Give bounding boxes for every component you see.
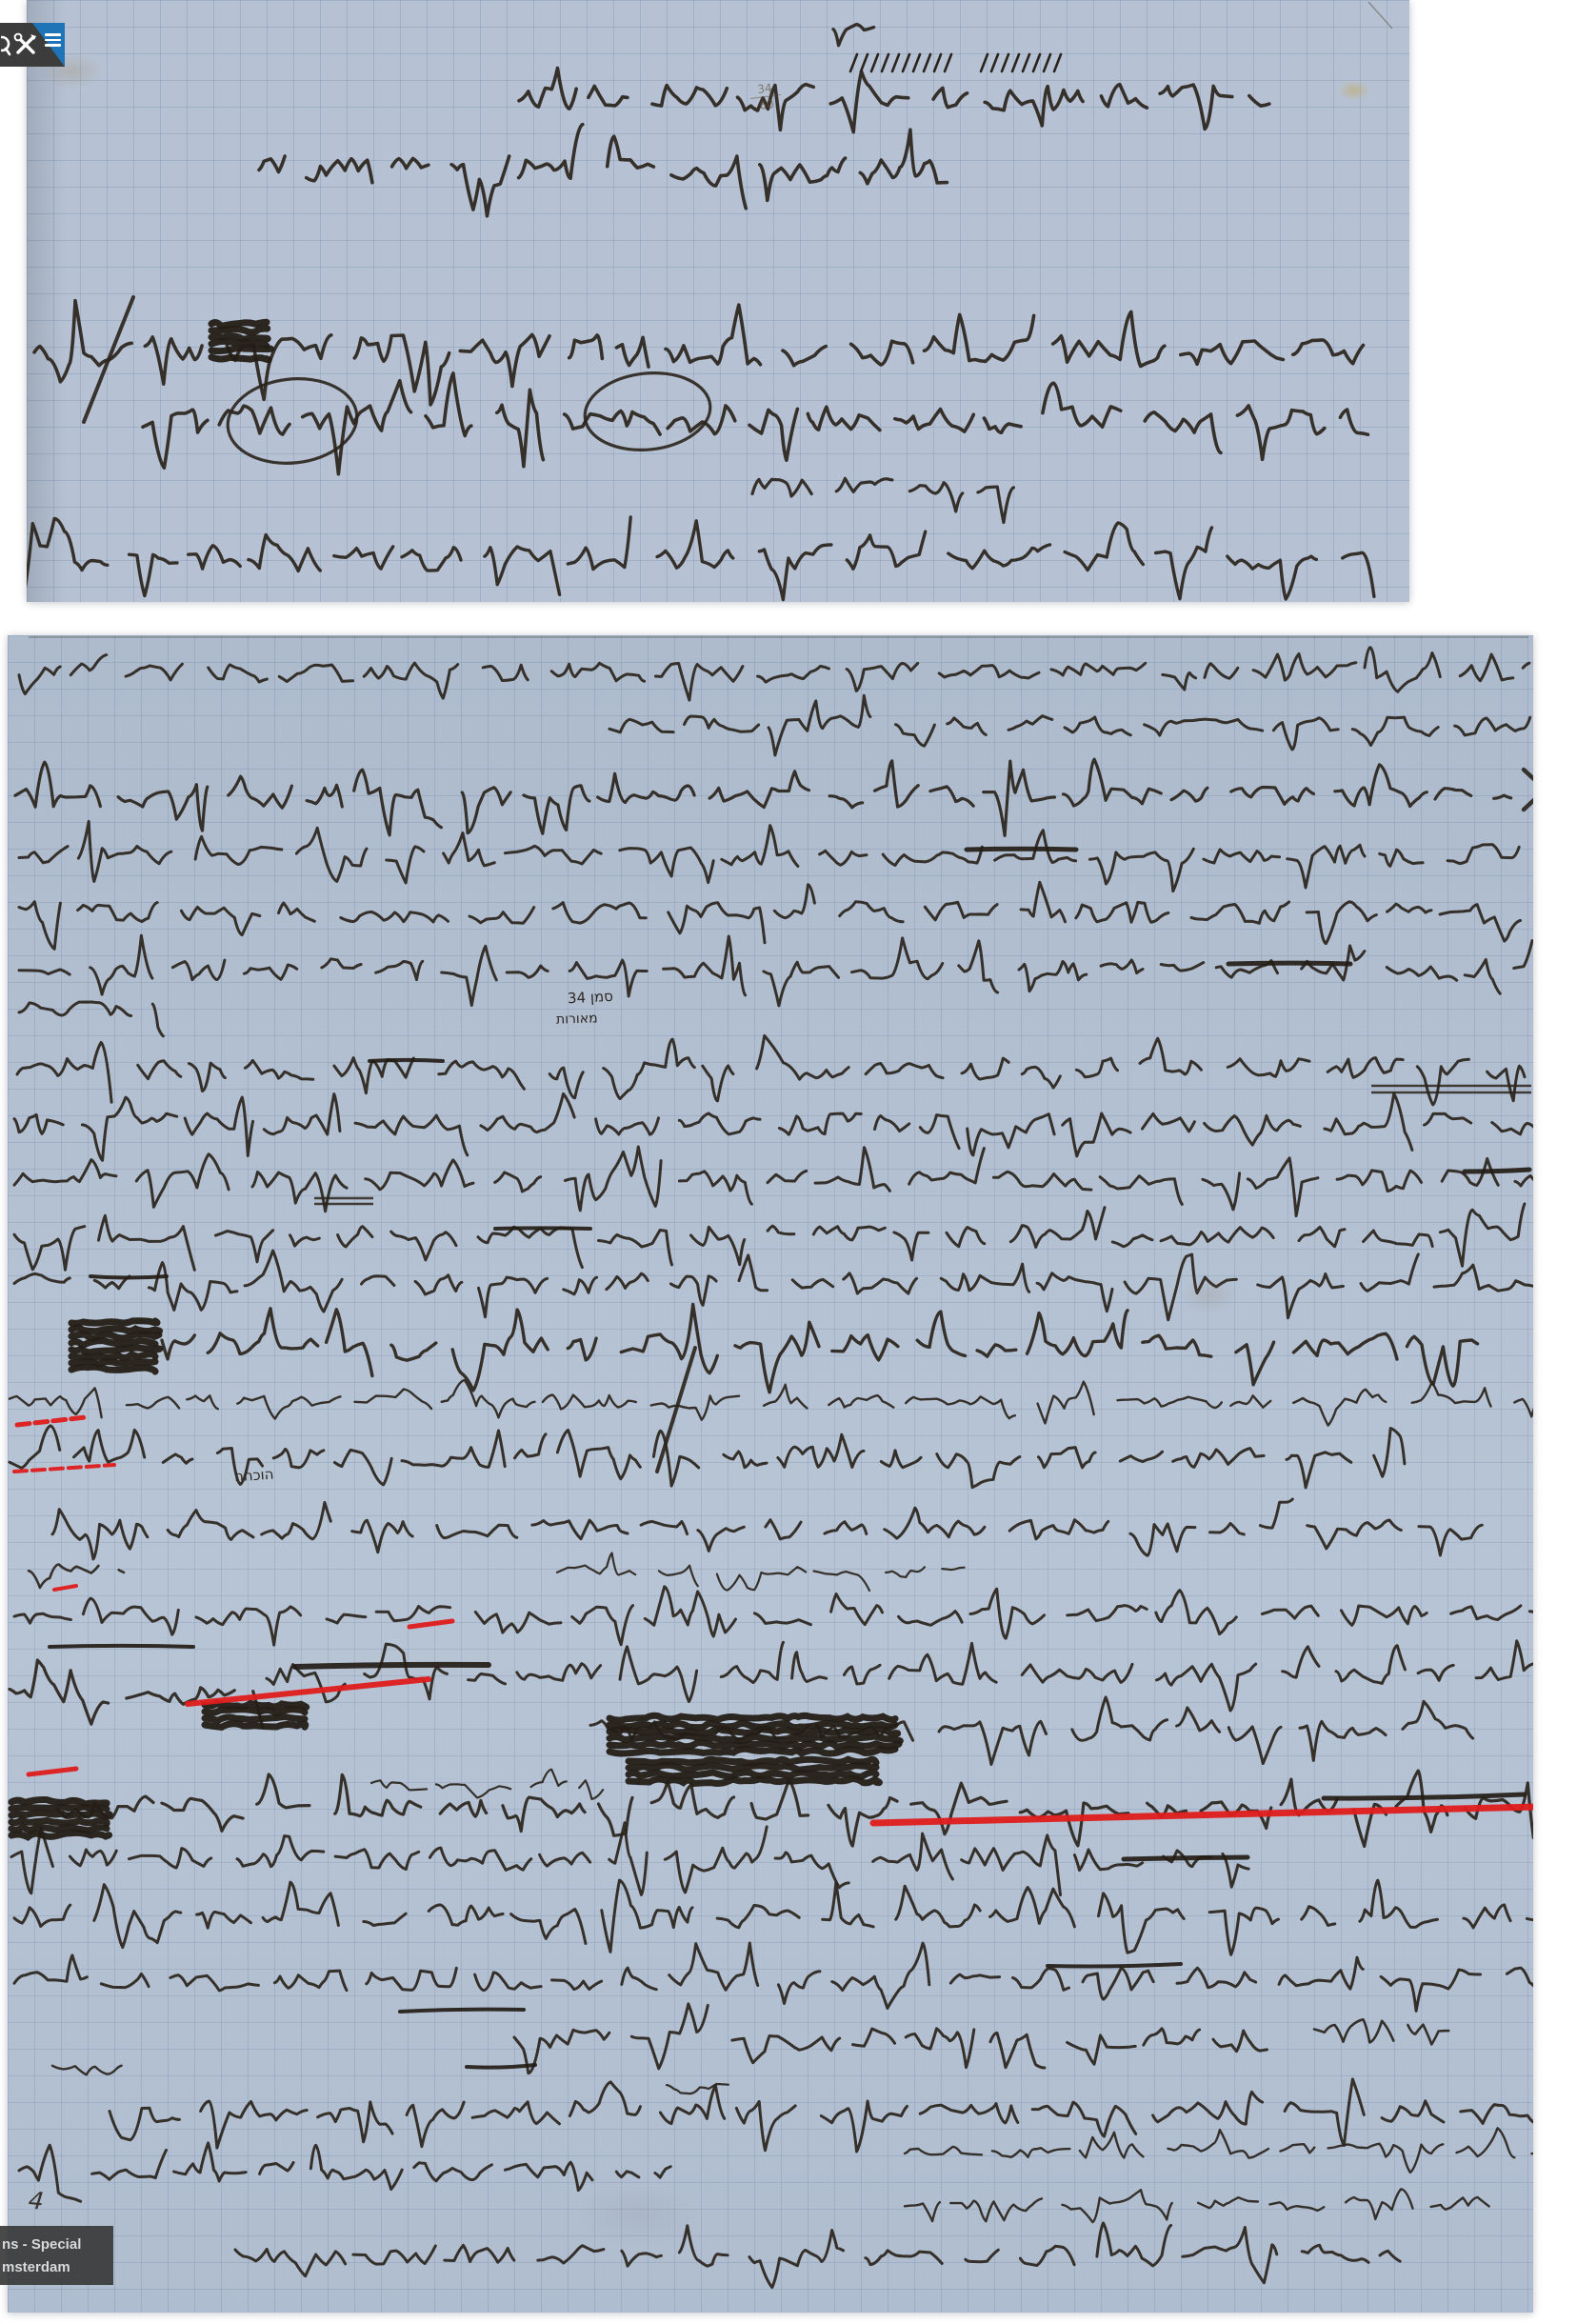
strikethrough-mark — [295, 1665, 489, 1667]
viewer-toolbar — [0, 23, 65, 67]
attribution-line-1: ns - Special — [2, 2234, 111, 2256]
tick-scribble — [871, 54, 878, 71]
strikethrough-mark — [495, 1228, 590, 1229]
zoom-tool-icon[interactable] — [1, 32, 12, 57]
strikethrough-mark — [90, 1276, 167, 1277]
scribbled-out-block — [71, 1328, 160, 1332]
scribbled-out-block — [211, 329, 268, 332]
fraction-annotation: 34 60 — [749, 80, 783, 113]
red-editorial-mark — [409, 1621, 452, 1627]
tick-scribble — [850, 54, 857, 71]
scribbled-out-block — [205, 1724, 306, 1728]
tick-scribble — [924, 54, 930, 71]
scribbled-out-block — [71, 1361, 155, 1364]
handwriting-line — [267, 1641, 1533, 1711]
handwriting-line — [557, 1553, 965, 1592]
scribbled-out-block — [11, 1820, 107, 1824]
attribution-overlay: ns - Special msterdam — [0, 2226, 113, 2285]
strikethrough-mark — [1048, 1964, 1181, 1966]
scribbled-out-block — [71, 1341, 155, 1346]
handwriting-line — [752, 478, 1013, 522]
handwriting-line — [19, 1002, 163, 1036]
handwriting-line — [11, 1823, 1248, 1895]
strikethrough-mark — [1465, 1170, 1529, 1172]
tick-scribble — [945, 54, 951, 71]
handwriting-line — [17, 1035, 1525, 1105]
scribbled-out-block — [11, 1813, 110, 1816]
tick-scribble — [903, 54, 909, 71]
tick-scribble — [1002, 54, 1008, 71]
page-number-annotation: 4 — [28, 2186, 46, 2215]
scribbled-out-block — [71, 1334, 159, 1338]
scribbled-out-block — [609, 1735, 900, 1741]
handwriting-line — [14, 1880, 1533, 1954]
slash-mark — [657, 1348, 695, 1472]
handwriting-line — [52, 1499, 1482, 1559]
tick-scribble — [861, 54, 868, 71]
handwriting-line — [19, 821, 1519, 891]
paper-edge-crease — [1368, 2, 1392, 29]
handwriting-line — [14, 1587, 1533, 1645]
handwriting-line — [27, 517, 1374, 600]
scribbled-out-block — [11, 1807, 107, 1809]
attribution-line-2: msterdam — [2, 2256, 111, 2279]
meorot-annotation: מאורות — [556, 1011, 598, 1028]
scribbled-out-block — [11, 1833, 110, 1836]
red-editorial-mark — [188, 1679, 429, 1704]
menu-corner[interactable] — [32, 23, 65, 67]
handwriting-line — [19, 648, 1529, 700]
handwriting-line — [905, 2189, 1489, 2222]
strikethrough-mark — [467, 2065, 535, 2068]
handwriting-line — [162, 1305, 1478, 1392]
strikethrough-mark — [967, 849, 1076, 850]
handwriting-line — [667, 2084, 729, 2094]
handwriting-line — [19, 882, 1521, 949]
tick-scribble — [1033, 54, 1040, 71]
strikethrough-mark — [1228, 963, 1350, 964]
handwriting-line — [19, 2143, 670, 2201]
handwriting-line — [519, 69, 1269, 132]
red-editorial-mark — [17, 1417, 86, 1425]
scribbled-out-block — [629, 1773, 876, 1777]
handwriting-line — [235, 2223, 1400, 2288]
scribbled-out-block — [11, 1827, 107, 1831]
handwriting-line — [14, 1251, 1533, 1320]
red-editorial-mark — [54, 1586, 76, 1590]
scribbled-out-block — [71, 1367, 155, 1372]
handwriting-line — [52, 2066, 122, 2075]
tick-scribble — [1023, 54, 1029, 71]
handwriting-line — [371, 1770, 603, 1799]
scribbled-out-block — [205, 1710, 305, 1713]
handwriting-line — [110, 2079, 1533, 2152]
scribbled-out-block — [11, 1799, 107, 1804]
hokhaha-annotation: הוכחה — [233, 1466, 274, 1486]
tick-scribble — [1012, 54, 1019, 71]
tick-scribble — [1054, 54, 1061, 71]
scribbled-out-block — [205, 1716, 305, 1720]
scribbled-out-block — [609, 1715, 895, 1720]
tick-scribble — [892, 54, 899, 71]
scribbled-out-block — [211, 322, 267, 326]
tick-scribble — [934, 54, 941, 71]
strikethrough-mark — [50, 1646, 193, 1647]
scribbled-out-block — [629, 1765, 876, 1770]
scribbled-out-block — [609, 1723, 895, 1727]
handwriting-line — [514, 2004, 1268, 2074]
handwriting-line — [143, 373, 1367, 474]
slash-mark — [84, 297, 133, 422]
handwriting-line — [34, 301, 1364, 405]
tick-scribble — [981, 54, 988, 71]
handwriting-line — [833, 25, 874, 46]
handwriting-line — [1314, 2019, 1448, 2044]
strikethrough-mark — [1124, 1857, 1248, 1859]
handwriting-line — [10, 1426, 1405, 1488]
handwriting-line — [14, 1093, 1533, 1160]
scribbled-out-block — [71, 1321, 157, 1324]
handwriting-line — [609, 695, 1530, 755]
handwriting-line — [14, 1943, 1533, 2011]
scribbled-out-block — [211, 349, 270, 351]
scribbled-out-block — [211, 357, 269, 360]
red-editorial-mark — [29, 1769, 76, 1774]
scribbled-out-block — [609, 1729, 898, 1733]
hamburger-menu-icon[interactable] — [45, 30, 61, 50]
manuscript-page-1[interactable] — [27, 0, 1409, 602]
viewer-root: 34 60 סמן 34 מאורות הוכחה 4 ns - Special… — [0, 0, 1577, 2324]
handwriting-line — [259, 125, 947, 216]
scribbled-out-block — [629, 1778, 879, 1783]
scribbled-out-block — [609, 1749, 895, 1753]
tick-scribble — [913, 54, 920, 71]
tick-scribble — [1044, 54, 1050, 71]
scribbled-out-block — [71, 1354, 155, 1358]
red-editorial-mark — [14, 1465, 114, 1472]
siman-annotation: סמן 34 — [568, 988, 614, 1007]
strikethrough-mark — [400, 2010, 524, 2012]
circled-word-mark — [581, 367, 714, 455]
tick-scribble — [991, 54, 998, 71]
strikethrough-mark — [369, 1060, 443, 1061]
handwriting-line — [19, 935, 1532, 1006]
tick-scribble — [882, 54, 888, 71]
handwriting-line — [905, 2128, 1533, 2173]
handwriting-line — [15, 759, 1511, 835]
ink-layer-page-1 — [27, 0, 1409, 602]
handwriting-line — [14, 1147, 1533, 1216]
